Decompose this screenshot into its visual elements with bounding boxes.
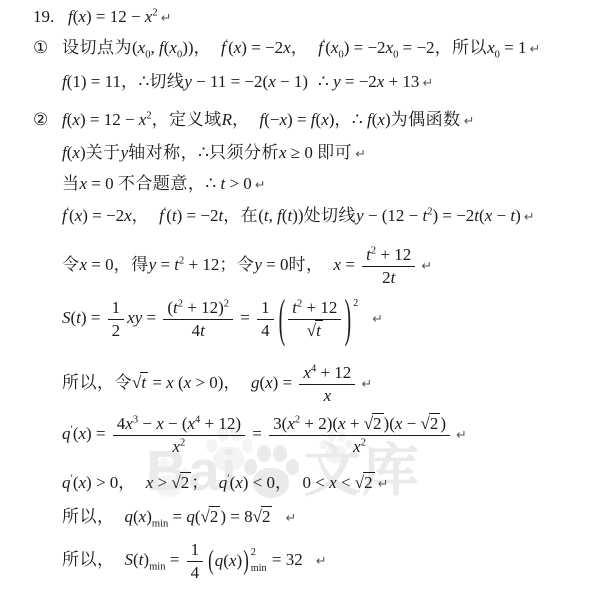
line-content: 设切点为(x0, f(x0))，f′(x) = −2x，f′(x0) = −2x… [62, 38, 540, 57]
math-variable: x [72, 110, 80, 129]
cjk-text: ，得 [114, 255, 149, 274]
paragraph-mark: ↵ [524, 210, 535, 225]
right-paren: ) [242, 544, 250, 578]
radicand: 2 [363, 472, 375, 492]
radical-sign: √ [421, 414, 429, 433]
math-text: + 2)( [300, 414, 338, 433]
math-variable: x [229, 550, 237, 571]
math-text: ) > 0 [86, 473, 118, 492]
cjk-text: ， [118, 473, 136, 492]
square-root: √2 [171, 472, 191, 492]
item-marker: ② [33, 109, 62, 130]
math-text: ≥ 0 [287, 143, 318, 162]
numerator: t2 + 12 [288, 298, 341, 320]
math-variable: x [338, 414, 346, 433]
math-variable: t [200, 321, 205, 340]
fraction: 4x3 − x − (x4 + 12)x2 [113, 414, 245, 456]
math-text: ) = −2 [344, 38, 386, 57]
math-variable: q [125, 507, 134, 526]
math-text: − 1) [276, 72, 308, 91]
denominator: 4 [187, 562, 204, 583]
math-variable: y [184, 72, 192, 91]
cjk-text: ， [291, 38, 309, 57]
math-variable: x [386, 38, 394, 57]
math-variable: t [391, 268, 396, 287]
math-line-line-14: 所以，S(t)min = 14(q(x))2min = 32↵ [33, 540, 326, 582]
math-text: ∴ [318, 72, 333, 91]
paragraph-mark: ↵ [422, 76, 433, 91]
paragraph-mark: ↵ [285, 511, 296, 526]
math-text: 2 [181, 473, 190, 492]
math-line-line-9: S(t) = 12xy = (t2 + 12)24t = 14(t2 + 12√… [33, 298, 383, 340]
numerator: x4 + 12 [299, 363, 355, 385]
math-text: ) = [86, 424, 110, 443]
math-text: )( [384, 414, 395, 433]
cjk-text: 处切线 [304, 206, 357, 225]
math-text: + 12 [376, 245, 411, 264]
numerator: 1 [108, 298, 125, 320]
math-text: )) [182, 38, 193, 57]
fraction: t2 + 122t [362, 245, 415, 287]
math-text: 4 [117, 414, 126, 433]
math-variable: q [219, 473, 228, 492]
radicand: t [315, 320, 323, 340]
math-text: ( [174, 373, 184, 392]
cjk-text: 所以， [62, 550, 115, 569]
fraction: 12 [108, 298, 125, 340]
math-variable: t [141, 373, 146, 392]
math-text: ∴ [198, 143, 209, 162]
math-variable: t [316, 321, 321, 340]
radicand: 2 [429, 413, 441, 433]
document-page: Bai 文库 19.f(x) = 12 − x2↵①设切点为(x0, f(x0)… [0, 0, 592, 592]
math-variable: x [303, 363, 311, 382]
math-variable: x [124, 206, 132, 225]
math-text: − [492, 206, 510, 225]
math-text: = [248, 424, 266, 443]
cjk-text: ；令 [219, 255, 254, 274]
math-text: ) = [81, 308, 105, 327]
math-line-line-10: 所以，令√t = x (x > 0)，g(x) = x4 + 12x↵ [33, 363, 372, 405]
paragraph-mark: ↵ [161, 11, 172, 26]
cjk-text: ， [275, 473, 293, 492]
radical-sign: √ [307, 321, 315, 340]
math-text: ) [440, 414, 446, 433]
math-variable: x [329, 473, 337, 492]
radicand: 2 [209, 506, 221, 526]
math-line-line-13: 所以，q(x)min = q(√2) = 8√2↵ [33, 506, 296, 527]
math-text: 2 [112, 321, 121, 340]
math-variable: x [235, 473, 243, 492]
cjk-text: 所以， [62, 507, 115, 526]
square-root: √t [132, 372, 148, 392]
math-variable: q [215, 550, 224, 571]
math-text: ∴ [205, 174, 220, 193]
math-variable: x [279, 110, 287, 129]
math-text: ∴ [139, 72, 150, 91]
math-text: ) = −2 [241, 38, 283, 57]
math-text: 2 [262, 507, 271, 526]
radicand: 2 [372, 413, 384, 433]
math-text: + 12) [183, 298, 224, 317]
math-text: > 0) [191, 373, 223, 392]
math-text: ) = 12 − [86, 7, 145, 26]
math-variable: q [186, 507, 195, 526]
math-variable: x [334, 255, 342, 274]
math-variable: q [62, 473, 71, 492]
math-variable: x [78, 424, 86, 443]
paragraph-mark: ↵ [255, 178, 266, 193]
math-variable: x [353, 437, 361, 456]
math-variable: y [254, 255, 262, 274]
math-text: + 12 [184, 255, 219, 274]
math-variable: x [173, 437, 181, 456]
math-text: 2 [430, 414, 439, 433]
radical-sign: √ [201, 507, 209, 526]
math-text: 2 [364, 473, 373, 492]
math-variable: S [62, 308, 71, 327]
math-text: = 32 [268, 550, 303, 569]
cjk-text: 关于 [86, 143, 121, 162]
cjk-text: 令 [62, 255, 80, 274]
cjk-text: ， [334, 110, 352, 129]
math-text: + 13 [384, 72, 419, 91]
math-text: > [153, 473, 171, 492]
script-stack: 2 [352, 298, 358, 340]
math-text: (1) = 11 [67, 72, 121, 91]
math-text: = 0 [87, 255, 114, 274]
math-variable: x [156, 414, 164, 433]
cjk-text: ； [191, 473, 209, 492]
line-content: f′(x) = −2x，f′(t) = −2t，在(t, f(t))处切线y −… [62, 206, 534, 225]
math-variable: x [72, 143, 80, 162]
paragraph-mark: ↵ [529, 42, 540, 57]
math-variable: y [333, 72, 341, 91]
math-text: = [168, 507, 186, 526]
math-text: ) = −2 [432, 206, 474, 225]
math-variable: x [279, 143, 287, 162]
superscript: 2 [353, 299, 358, 309]
superscript: 2 [180, 437, 185, 448]
math-variable: R [222, 110, 232, 129]
denominator: x2 [113, 436, 245, 457]
math-variable: x [80, 255, 88, 274]
math-text: − [402, 414, 420, 433]
cjk-text: 当 [62, 174, 80, 193]
numerator: 1 [187, 540, 204, 562]
cjk-text: ，在 [223, 206, 258, 225]
math-variable: x [169, 38, 177, 57]
radical-sign: √ [171, 473, 179, 492]
radical-sign: √ [355, 473, 363, 492]
math-text: )) [292, 206, 303, 225]
math-text: = [142, 308, 160, 327]
math-variable: S [125, 550, 134, 569]
math-text: = [156, 255, 174, 274]
math-text: = −2 [341, 72, 377, 91]
fraction: 14 [187, 540, 204, 582]
math-text: + 12) [200, 414, 241, 433]
math-text: 4 [192, 321, 201, 340]
square-root: √2 [201, 506, 221, 526]
line-content: 所以，S(t)min = 14(q(x))2min = 32↵ [62, 550, 326, 569]
numerator: (t2 + 12)2 [163, 298, 233, 320]
math-text: ) = [273, 373, 297, 392]
cjk-text: ， [194, 38, 212, 57]
math-line-line-12: q′(x) > 0，x > √2；q′(x) < 0，0 < x < √2↵ [33, 472, 388, 493]
script-stack: 2min [250, 547, 267, 575]
line-content: 所以，q(x)min = q(√2) = 8√2↵ [62, 507, 296, 526]
math-text: − (12 − [364, 206, 423, 225]
line-content: f(x) = 12 − x2↵ [68, 7, 171, 26]
math-text: = [165, 550, 183, 569]
math-variable: xy [127, 308, 142, 327]
line-content: f(x)关于y轴对称，∴只须分析x ≥ 0 即可↵ [62, 143, 366, 162]
math-line-line-3: f(1) = 11，∴切线y − 11 = −2(x − 1)∴ y = −2x… [33, 71, 433, 92]
math-variable: x [78, 7, 86, 26]
denominator: √t [288, 320, 341, 341]
math-text: + [346, 414, 364, 433]
square-root: √2 [364, 413, 384, 433]
math-text: = −2 [398, 38, 434, 57]
cjk-text: 轴对称， [128, 143, 198, 162]
math-text: > 0 [225, 174, 252, 193]
math-text: ) = [287, 110, 311, 129]
square-root: √t [307, 320, 323, 340]
math-variable: x [166, 373, 174, 392]
math-text: = [341, 255, 359, 274]
math-line-line-2: ①设切点为(x0, f(x0))，f′(x) = −2x，f′(x0) = −2… [33, 37, 540, 58]
math-text: = 1 [500, 38, 527, 57]
fraction: t2 + 12√t [288, 298, 341, 340]
denominator: 2t [362, 267, 415, 288]
denominator: 4 [257, 320, 274, 341]
math-line-line-5: f(x)关于y轴对称，∴只须分析x ≥ 0 即可↵ [33, 142, 366, 163]
item-marker: 19. [33, 6, 68, 27]
math-text: < [337, 473, 355, 492]
math-line-line-4: ②f(x) = 12 − x2，定义域R，f(−x) = f(x)，∴ f(x)… [33, 109, 474, 130]
math-text: ) < 0 [243, 473, 275, 492]
math-text: 2 [382, 268, 391, 287]
radicand: 2 [180, 472, 192, 492]
line-content: f(x) = 12 − x2，定义域R，f(−x) = f(x)，∴ f(x)为… [62, 110, 474, 129]
radicand: 2 [261, 506, 273, 526]
math-text: = 0 [262, 255, 289, 274]
math-text: ) = 12 − [80, 110, 139, 129]
superscript: 2 [152, 7, 157, 18]
math-variable: x [268, 72, 276, 91]
math-text: = 0 [87, 174, 118, 193]
right-paren: ) [344, 286, 353, 352]
math-text: − [138, 414, 156, 433]
math-text: 0 < [303, 473, 330, 492]
subscript: min [251, 564, 267, 574]
math-text: − 11 = −2( [192, 72, 268, 91]
math-text: 3( [273, 414, 287, 433]
cjk-text: ，所以 [435, 38, 488, 57]
math-text: (− [264, 110, 279, 129]
line-content: f(1) = 11，∴切线y − 11 = −2(x − 1)∴ y = −2x… [62, 72, 433, 91]
math-text: ∴ [352, 110, 367, 129]
superscript: 2 [224, 298, 229, 309]
line-content: 令x = 0，得y = t2 + 12；令y = 0时，x = t2 + 122… [62, 255, 432, 274]
left-paren: ( [277, 286, 286, 352]
line-content: q′(x) > 0，x > √2；q′(x) < 0，0 < x < √2↵ [62, 473, 388, 492]
math-text: = [148, 373, 166, 392]
cjk-text: 时， [289, 255, 324, 274]
math-text: + 12 [316, 363, 351, 382]
line-content: 所以，令√t = x (x > 0)，g(x) = x4 + 12x↵ [62, 373, 372, 392]
paragraph-mark: ↵ [456, 428, 467, 443]
cjk-text: 切线 [149, 72, 184, 91]
superscript: 2 [251, 548, 267, 558]
numerator: 3(x2 + 2)(x + √2)(x − √2) [269, 414, 450, 436]
math-variable: x [377, 110, 385, 129]
fraction: (t2 + 12)24t [163, 298, 233, 340]
math-variable: x [287, 414, 295, 433]
paragraph-mark: ↵ [316, 554, 327, 569]
cjk-text: ， [121, 72, 139, 91]
denominator: x [299, 385, 355, 406]
fraction: x4 + 12x [299, 363, 355, 405]
paren-content: q(x) [215, 550, 242, 571]
line-content: 当x = 0 不合题意，∴ t > 0↵ [62, 174, 265, 193]
subscript: min [152, 518, 168, 529]
math-line-line-8: 令x = 0，得y = t2 + 12；令y = 0时，x = t2 + 122… [33, 245, 432, 287]
left-paren: ( [207, 544, 215, 578]
math-variable: x [487, 38, 495, 57]
square-root: √2 [421, 413, 441, 433]
paragraph-mark: ↵ [361, 377, 372, 392]
math-variable: q [62, 424, 71, 443]
math-text: 4 [261, 321, 270, 340]
math-variable: x [80, 174, 88, 193]
radical-sign: √ [364, 414, 372, 433]
denominator: x2 [269, 436, 450, 457]
cjk-text: ， [223, 373, 241, 392]
line-content: q′(x) = 4x3 − x − (x4 + 12)x2 = 3(x2 + 2… [62, 424, 467, 443]
math-text: ) = −2 [177, 206, 219, 225]
cjk-text: 即可 [317, 143, 352, 162]
math-variable: x [324, 386, 332, 405]
math-line-line-1: 19.f(x) = 12 − x2↵ [33, 6, 171, 27]
denominator: 4t [163, 320, 233, 341]
math-text: ) = −2 [82, 206, 124, 225]
fraction: 3(x2 + 2)(x + √2)(x − √2)x2 [269, 414, 450, 456]
paragraph-mark: ↵ [378, 477, 389, 492]
square-root: √2 [253, 506, 273, 526]
radicand: t [140, 372, 148, 392]
math-text: − ( [164, 414, 188, 433]
numerator: t2 + 12 [362, 245, 415, 267]
math-line-line-6: 当x = 0 不合题意，∴ t > 0↵ [33, 173, 265, 194]
paragraph-mark: ↵ [372, 312, 383, 327]
math-text: 1 [112, 298, 121, 317]
numerator: 4x3 − x − (x4 + 12) [113, 414, 245, 436]
subscript: min [149, 561, 165, 572]
cjk-text: 设切点为 [62, 38, 132, 57]
math-text: 1 [191, 540, 200, 559]
paragraph-mark: ↵ [355, 147, 366, 162]
square-root: √2 [355, 472, 375, 492]
parenthesized-group: (q(x))2min [207, 547, 267, 575]
cjk-text: ， [132, 206, 150, 225]
math-text: 4 [191, 563, 200, 582]
line-content: S(t) = 12xy = (t2 + 12)24t = 14(t2 + 12√… [62, 308, 383, 327]
fraction: 14 [257, 298, 274, 340]
superscript: 2 [361, 437, 366, 448]
math-variable: x [187, 414, 195, 433]
math-line-line-7: f′(x) = −2x，f′(t) = −2t，在(t, f(t))处切线y −… [33, 205, 534, 226]
math-variable: x [78, 473, 86, 492]
math-variable: x [321, 110, 329, 129]
cjk-text: 不合题意， [118, 174, 206, 193]
cjk-text: ， [232, 110, 250, 129]
math-text: + 12 [302, 298, 337, 317]
paren-content: t2 + 12√t [285, 298, 344, 340]
math-text: , [150, 38, 159, 57]
math-variable: x [265, 373, 273, 392]
math-line-line-11: q′(x) = 4x3 − x − (x4 + 12)x2 = 3(x2 + 2… [33, 414, 467, 456]
item-marker: ① [33, 37, 62, 58]
numerator: 1 [257, 298, 274, 320]
math-variable: x [125, 414, 133, 433]
paragraph-mark: ↵ [421, 259, 432, 274]
cjk-text: 为偶函数 [391, 110, 461, 129]
math-variable: y [356, 206, 364, 225]
radical-sign: √ [253, 507, 261, 526]
denominator: 2 [108, 320, 125, 341]
math-text: , [269, 206, 278, 225]
cjk-text: ，定义域 [152, 110, 222, 129]
math-text: 2 [373, 414, 382, 433]
math-text: 1 [261, 298, 270, 317]
math-text: = [236, 308, 254, 327]
cjk-text: 所以，令 [62, 373, 132, 392]
math-text: 2 [210, 507, 219, 526]
paragraph-mark: ↵ [464, 114, 475, 129]
cjk-text: 只须分析 [209, 143, 279, 162]
math-text: ) = 8 [220, 507, 252, 526]
parenthesized-group: (t2 + 12√t)2 [278, 298, 359, 340]
math-text: ) [515, 206, 521, 225]
math-variable: x [283, 38, 291, 57]
